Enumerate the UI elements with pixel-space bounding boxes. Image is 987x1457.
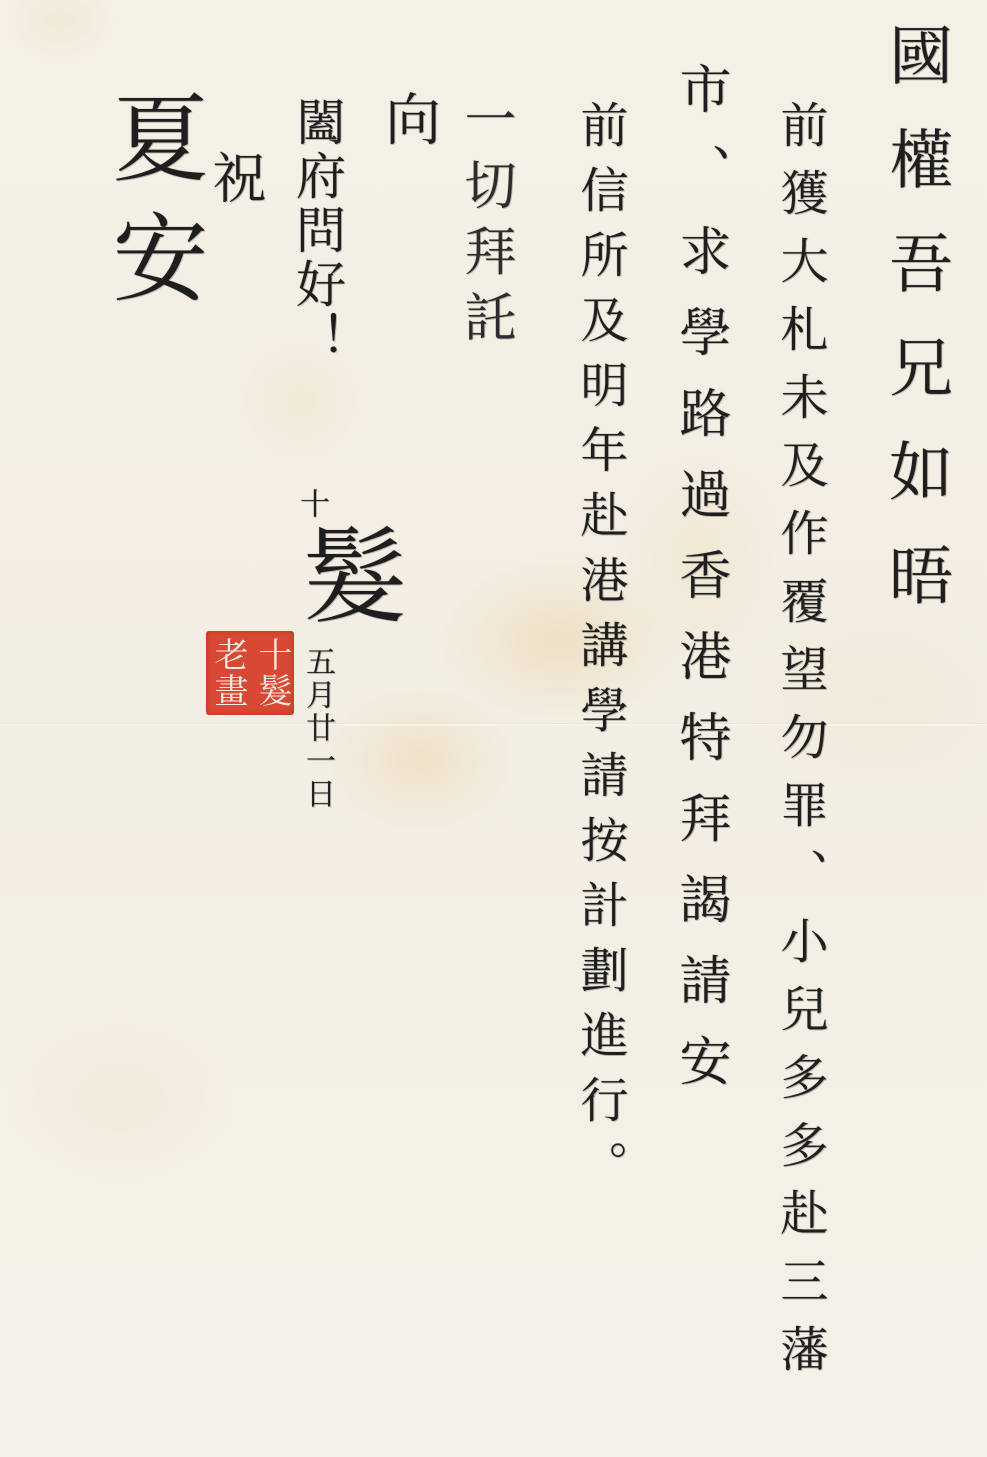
red-seal-stamp: 十髮 老畫 [206, 631, 294, 715]
signature-small: 十 [296, 488, 326, 518]
body-column-2: 市、求學路過香港特拜謁請安 [674, 62, 726, 1115]
body-column-4: 一切拜託 [459, 92, 511, 356]
closing-wish: 祝 [208, 150, 262, 204]
closing-greeting: 夏安 [105, 88, 201, 328]
regards-prefix: 向 [380, 90, 436, 146]
salutation: 國權吾兄如晤 [883, 22, 947, 646]
paper-fold-crease [0, 723, 987, 726]
body-column-1: 前獲大札未及作覆望勿罪、小兒多多赴三藩 [776, 100, 824, 1392]
body-column-3: 前信所及明年赴港講學請按計劃進行。 [576, 100, 624, 1205]
seal-right-text: 十髮 [255, 637, 289, 709]
seal-left-text: 老畫 [211, 637, 245, 709]
regards-text: 闔府問好！ [292, 96, 342, 366]
signature-large: 髮 [294, 522, 398, 626]
date: 五月廿一日 [302, 646, 332, 811]
